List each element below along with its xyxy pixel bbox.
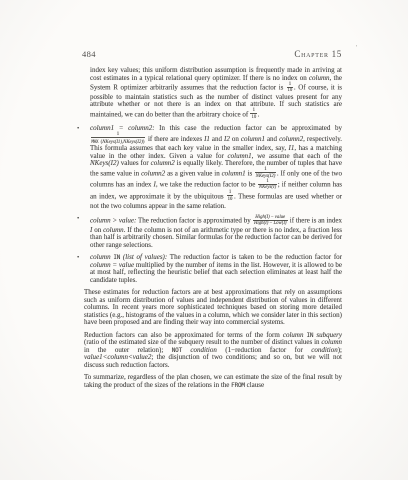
- keyword: FROM: [231, 382, 245, 389]
- italic-term: I2: [224, 135, 230, 143]
- italic-term: I: [90, 226, 92, 234]
- italic-term: I: [154, 181, 156, 189]
- scan-artifact-mark: ': [356, 44, 357, 52]
- bullet-icon: •: [77, 215, 79, 223]
- italic-term: NKeys(I1): [102, 140, 122, 145]
- bullet-item: •column > value: The reduction factor is…: [90, 215, 342, 249]
- inline-fraction: 1NKeys(I2): [255, 167, 277, 179]
- keyword: MAX: [92, 139, 101, 144]
- italic-term: column1: [241, 135, 265, 143]
- bullet-icon: •: [77, 125, 79, 133]
- paragraph: Reduction factors can also be approximat…: [84, 332, 342, 370]
- inline-fraction: 1NKeys(I): [258, 179, 277, 191]
- italic-term: High(I): [255, 215, 269, 220]
- paragraph: index key values; this uniform distribut…: [90, 67, 342, 120]
- italic-term: NKeys(I): [259, 185, 276, 190]
- inline-fraction: 110: [227, 190, 234, 202]
- italic-term: I1: [204, 135, 210, 143]
- italic-term: column > value:: [90, 216, 136, 224]
- italic-term: column1: [222, 169, 246, 177]
- scanned-book-page: 484 Chapter 15 ' index key values; this …: [0, 0, 408, 480]
- bullet-item: •column IN (list of values): The reducti…: [90, 254, 342, 284]
- italic-term: condition: [190, 346, 216, 354]
- keyword: NOT: [172, 347, 182, 354]
- bullet-item: •column1 = column2: In this case the red…: [90, 125, 342, 210]
- italic-term: High(I): [254, 221, 268, 226]
- inline-fraction: 110: [287, 82, 294, 94]
- italic-term: NKeys(I2): [90, 159, 119, 167]
- italic-term: column1 = column2:: [90, 124, 155, 132]
- italic-term: I1: [289, 144, 295, 152]
- paragraph: To summarize, regardless of the plan cho…: [84, 374, 342, 389]
- inline-fraction: 110: [250, 108, 257, 120]
- italic-term: column2: [279, 135, 303, 143]
- running-header: 484 Chapter 15: [82, 49, 342, 59]
- italic-term: condition: [311, 346, 337, 354]
- chapter-label: Chapter 15: [294, 49, 342, 59]
- italic-term: column1: [228, 152, 252, 160]
- italic-term: NKeys(I2): [123, 140, 143, 145]
- italic-term: column: [283, 331, 307, 339]
- italic-term: column: [309, 74, 330, 82]
- italic-term: value1<column<value2: [84, 353, 151, 361]
- italic-term: column2: [141, 169, 165, 177]
- italic-term: column: [103, 226, 124, 234]
- inline-fraction: 1MAX (NKeys(I1),NKeys(I2)): [91, 132, 146, 145]
- page-number: 484: [82, 49, 96, 59]
- italic-term: Low(I): [273, 221, 286, 226]
- inline-fraction: High(I) − valueHigh(I) − Low(I): [253, 215, 288, 227]
- italic-term: value: [275, 215, 285, 220]
- italic-term: column = value: [90, 261, 134, 269]
- italic-term: column2: [151, 159, 175, 167]
- paragraph: These estimates for reduction factors ar…: [84, 289, 342, 327]
- page-content: index key values; this uniform distribut…: [84, 67, 342, 394]
- bullet-icon: •: [77, 254, 79, 262]
